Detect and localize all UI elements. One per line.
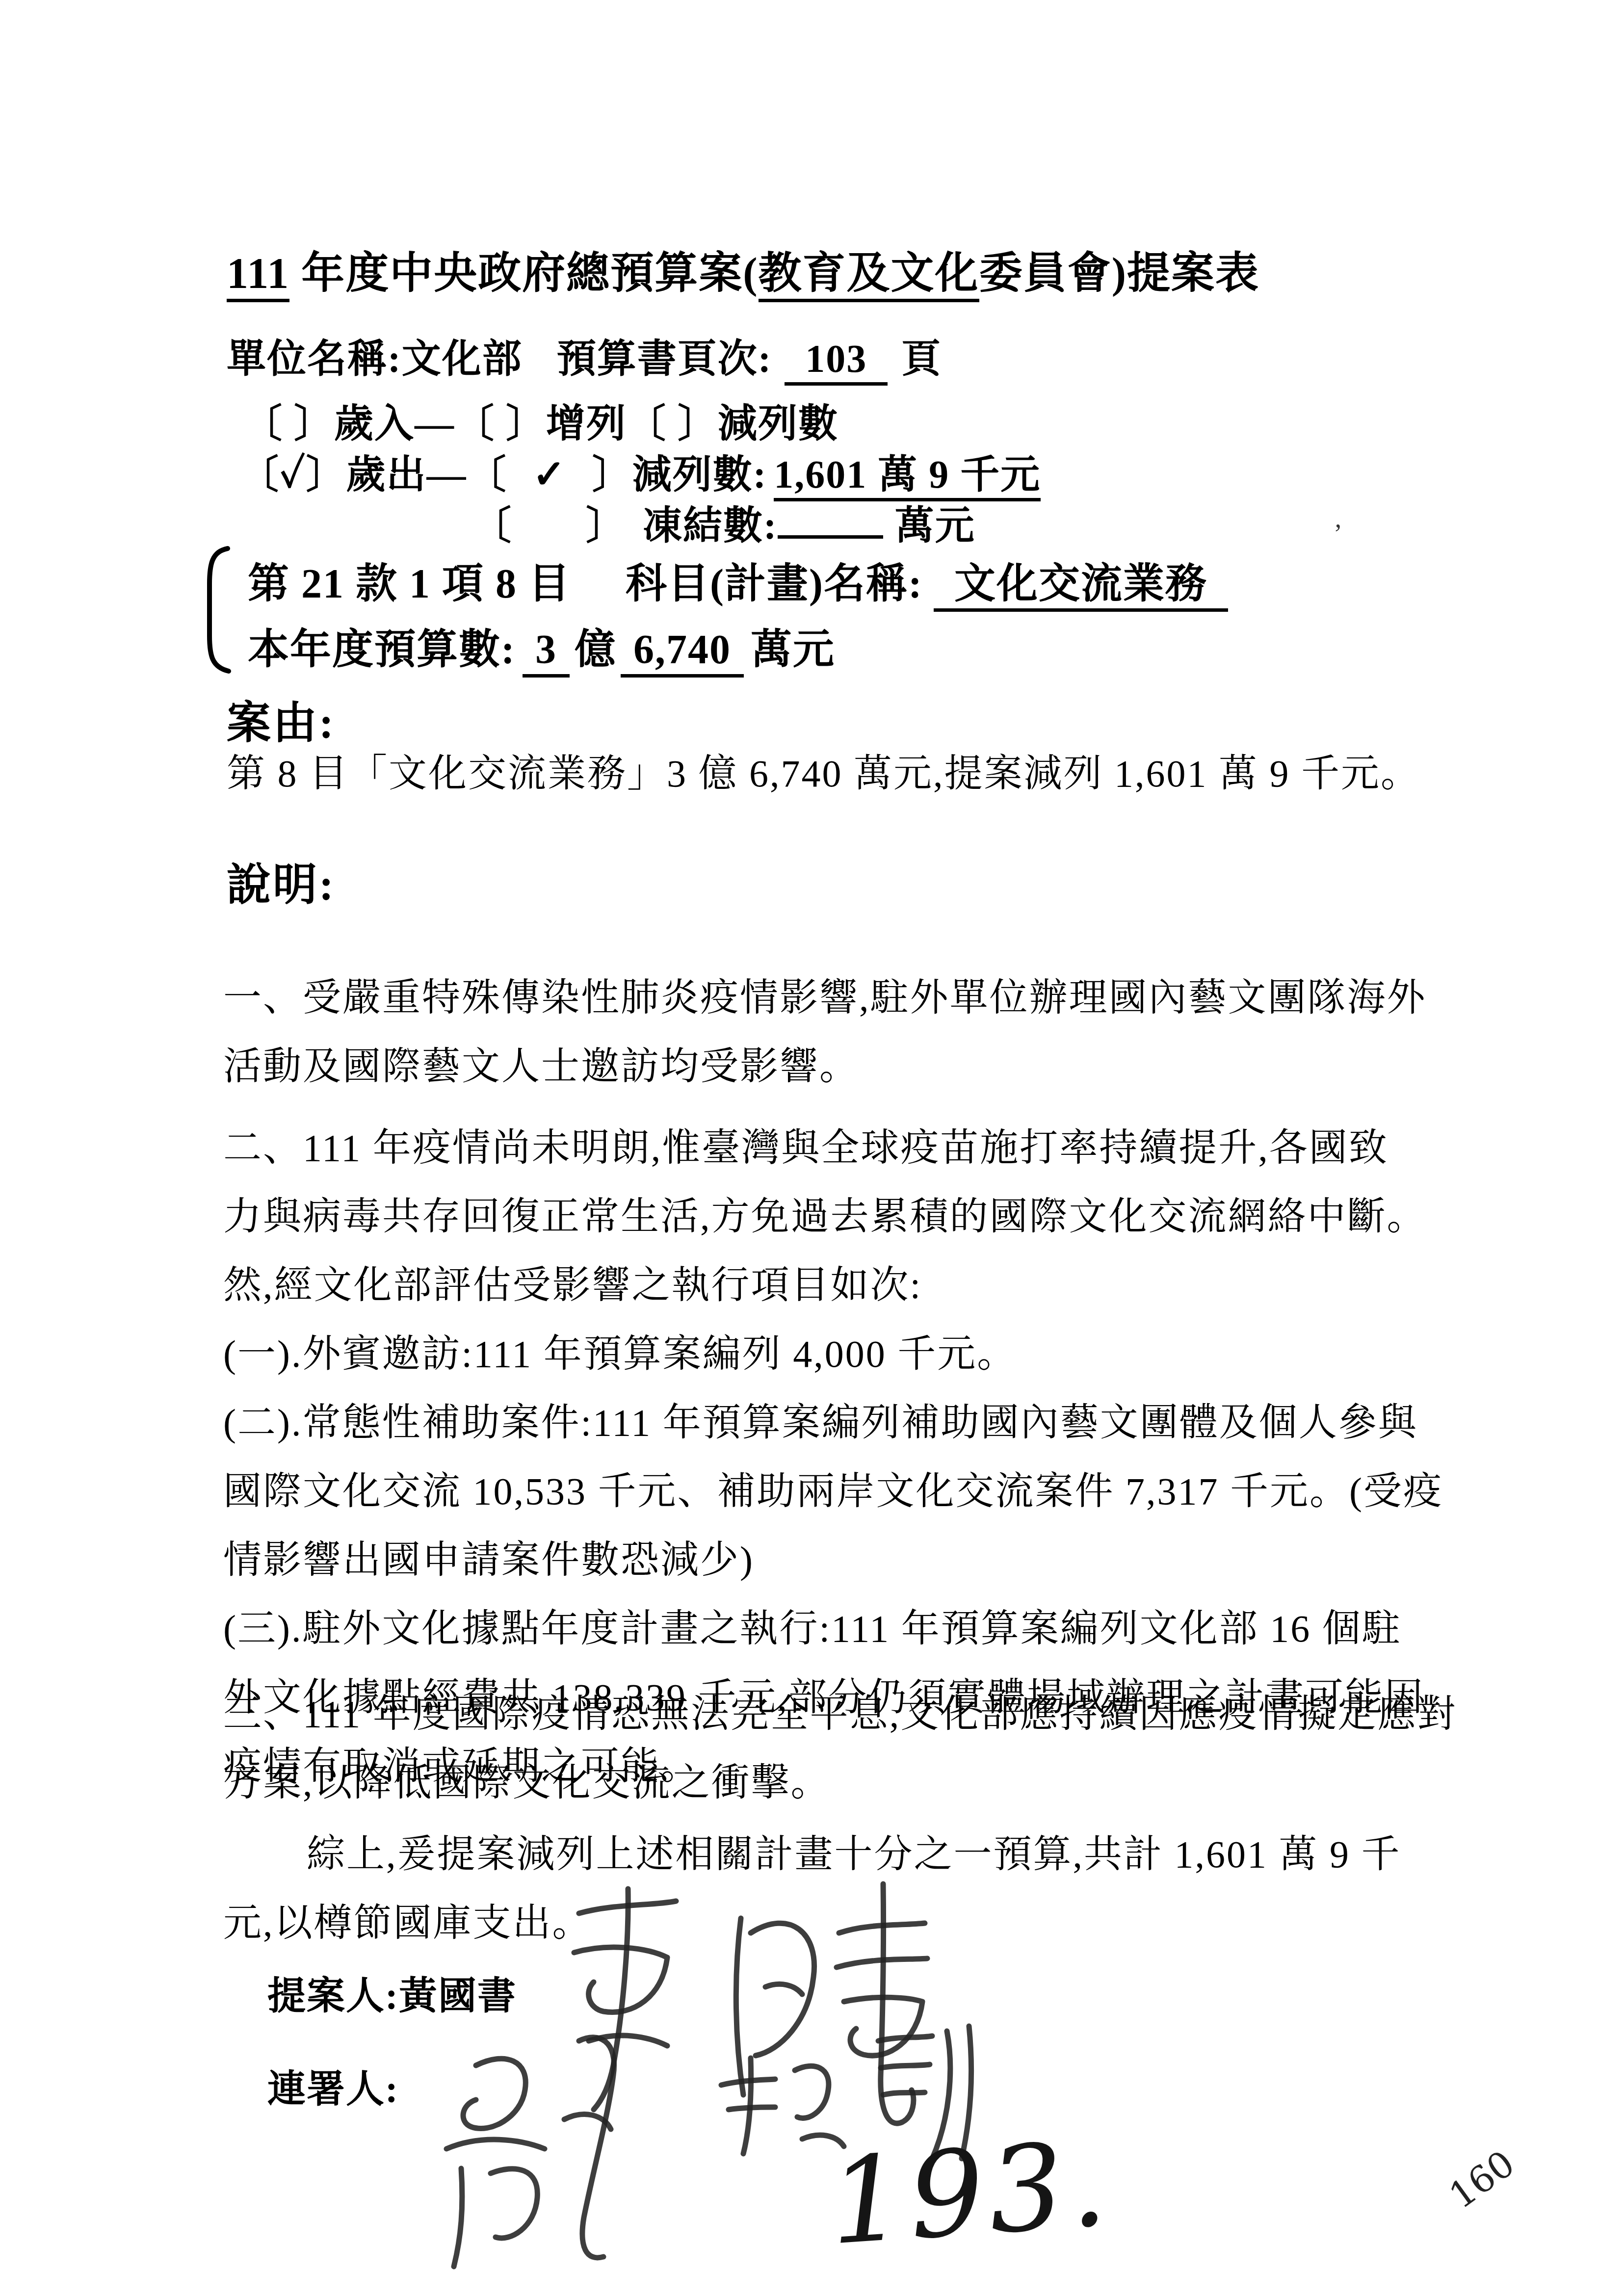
handwritten-number-193: 193.: [825, 2114, 1116, 2271]
unit-page-line: 單位名稱:文化部預算書頁次:103頁: [227, 327, 942, 383]
paragraph-line: 活動及國際藝文人士邀訪均受影響。: [223, 1041, 1427, 1092]
freeze-blank-underline: [778, 507, 883, 539]
scan-artifact-mark: ’: [1334, 518, 1342, 548]
paragraph-line: 然,經文化部評估受影響之執行項目如次:: [223, 1260, 1443, 1311]
title-year-underlined: 111: [227, 250, 289, 302]
case-body: 第 8 目「文化交流業務」3 億 6,740 萬元,提案減列 1,601 萬 9…: [227, 743, 1420, 798]
document-title: 111 年度中央政府總預算案(教育及文化委員會)提案表: [227, 238, 1259, 300]
budget-label: 本年度預算數:: [248, 627, 516, 673]
paragraph-line: 二、111 年疫情尚未明朗,惟臺灣與全球疫苗施打率持續提升,各國致: [223, 1122, 1443, 1174]
proposer-line: 提案人:黃國書: [267, 1965, 517, 2020]
budget-ten-thousands: 6,740: [621, 627, 744, 678]
paragraph-line: 國際文化交流 10,533 千元、補助兩岸文化交流案件 7,317 千元。(受疫: [223, 1466, 1443, 1517]
subject-value: 文化交流業務: [934, 561, 1228, 612]
freeze-label: 凍結數:: [643, 504, 778, 548]
cosigner-label: 連署人:: [267, 2068, 399, 2111]
budget-unit-wan: 萬元: [751, 627, 835, 673]
expenditure-check-mark: ✓: [280, 453, 306, 496]
paragraph-line: 情影響出國申請案件數恐減少): [223, 1535, 1443, 1586]
cut-check-mark: ✓: [533, 453, 567, 496]
increase-checkbox: 〔 〕: [455, 402, 546, 445]
subject-label: 科目(計畫)名稱:: [626, 561, 923, 607]
cut-bracket-open: 〔: [467, 453, 507, 496]
page-number-value: 103: [785, 338, 888, 386]
paragraph-line: 方案,以降低國際文化交流之衝擊。: [223, 1757, 1457, 1808]
paragraph-line: (一).外賓邀訪:111 年預算案編列 4,000 千元。: [223, 1329, 1443, 1380]
paragraph-line: 三、111 年度國際疫情恐無法完全平息,文化部應持續因應疫情擬定應對: [223, 1689, 1457, 1740]
budget-unit-yi: 億: [575, 627, 617, 673]
explanation-heading: 說明:: [227, 849, 336, 913]
freeze-bracket-close: 〕: [586, 504, 626, 548]
current-budget-line: 本年度預算數:3億6,740萬元: [248, 616, 835, 676]
expenditure-label: 歲出: [346, 453, 427, 496]
scanned-budget-proposal-document: 111 年度中央政府總預算案(教育及文化委員會)提案表 單位名稱:文化部預算書頁…: [0, 0, 1624, 2296]
revenue-label: 歲入: [334, 402, 415, 445]
decrease-label: 減列數: [718, 402, 838, 445]
expenditure-bracket-close: 〕: [306, 453, 346, 496]
freeze-bracket-open: 〔: [472, 504, 512, 548]
item-number: 第 21 款 1 項 8 目: [248, 561, 571, 607]
title-tail: 委員會)提案表: [979, 250, 1259, 297]
expenditure-bracket-open: 〔: [239, 453, 280, 496]
section-left-bracket: [202, 544, 232, 676]
checkbox-row-freeze: 〔〕凍結數:萬元: [472, 494, 975, 550]
handwritten-page-number-160: 160: [1441, 2142, 1522, 2218]
checkbox-row-revenue: 〔 〕歲入—〔 〕增列〔 〕減列數: [243, 391, 838, 448]
paragraph-line: 力與病毒共存回復正常生活,方免過去累積的國際文化交流網絡中斷。: [223, 1191, 1443, 1242]
page-unit: 頁: [901, 338, 942, 381]
cut-bracket-close: 〕: [592, 453, 632, 496]
cosigner-line: 連署人:: [267, 2059, 399, 2113]
dash: —: [415, 402, 455, 445]
budget-item-line: 第 21 款 1 項 8 目科目(計畫)名稱:文化交流業務: [248, 550, 1228, 610]
explanation-paragraph-3: 三、111 年度國際疫情恐無法完全平息,文化部應持續因應疫情擬定應對 方案,以降…: [223, 1671, 1457, 1826]
dash: —: [427, 453, 467, 496]
proposer-label: 提案人:: [267, 1975, 399, 2017]
page-number-label: 預算書頁次:: [557, 338, 772, 381]
paragraph-line: 一、受嚴重特殊傳染性肺炎疫情影響,駐外單位辦理國內藝文團隊海外: [223, 972, 1427, 1023]
unit-label: 單位名稱:: [227, 338, 402, 381]
increase-label: 增列: [546, 402, 627, 445]
decrease-checkbox: 〔 〕: [627, 402, 718, 445]
case-heading: 案由:: [227, 687, 336, 751]
paragraph-line: (三).駐外文化據點年度計畫之執行:111 年預算案編列文化部 16 個駐: [223, 1603, 1443, 1654]
proposer-name: 黃國書: [399, 1975, 517, 2017]
budget-hundred-millions: 3: [523, 627, 570, 678]
checkbox-row-expenditure: 〔✓〕歲出—〔✓〕減列數:1,601 萬 9 千元: [239, 443, 1041, 499]
cut-amount-label: 減列數:: [632, 453, 767, 496]
title-mid: 年度中央政府總預算案(: [289, 250, 758, 297]
revenue-checkbox: 〔 〕: [243, 402, 334, 445]
freeze-unit: 萬元: [895, 504, 975, 548]
explanation-paragraph-1: 一、受嚴重特殊傳染性肺炎疫情影響,駐外單位辦理國內藝文團隊海外 活動及國際藝文人…: [223, 955, 1427, 1110]
cosigner-handwritten-signature-1: [417, 2021, 662, 2276]
paragraph-line: (二).常態性補助案件:111 年預算案編列補助國內藝文團體及個人參與: [223, 1397, 1443, 1448]
unit-value: 文化部: [402, 338, 523, 381]
title-committee-underlined: 教育及文化: [759, 250, 979, 302]
